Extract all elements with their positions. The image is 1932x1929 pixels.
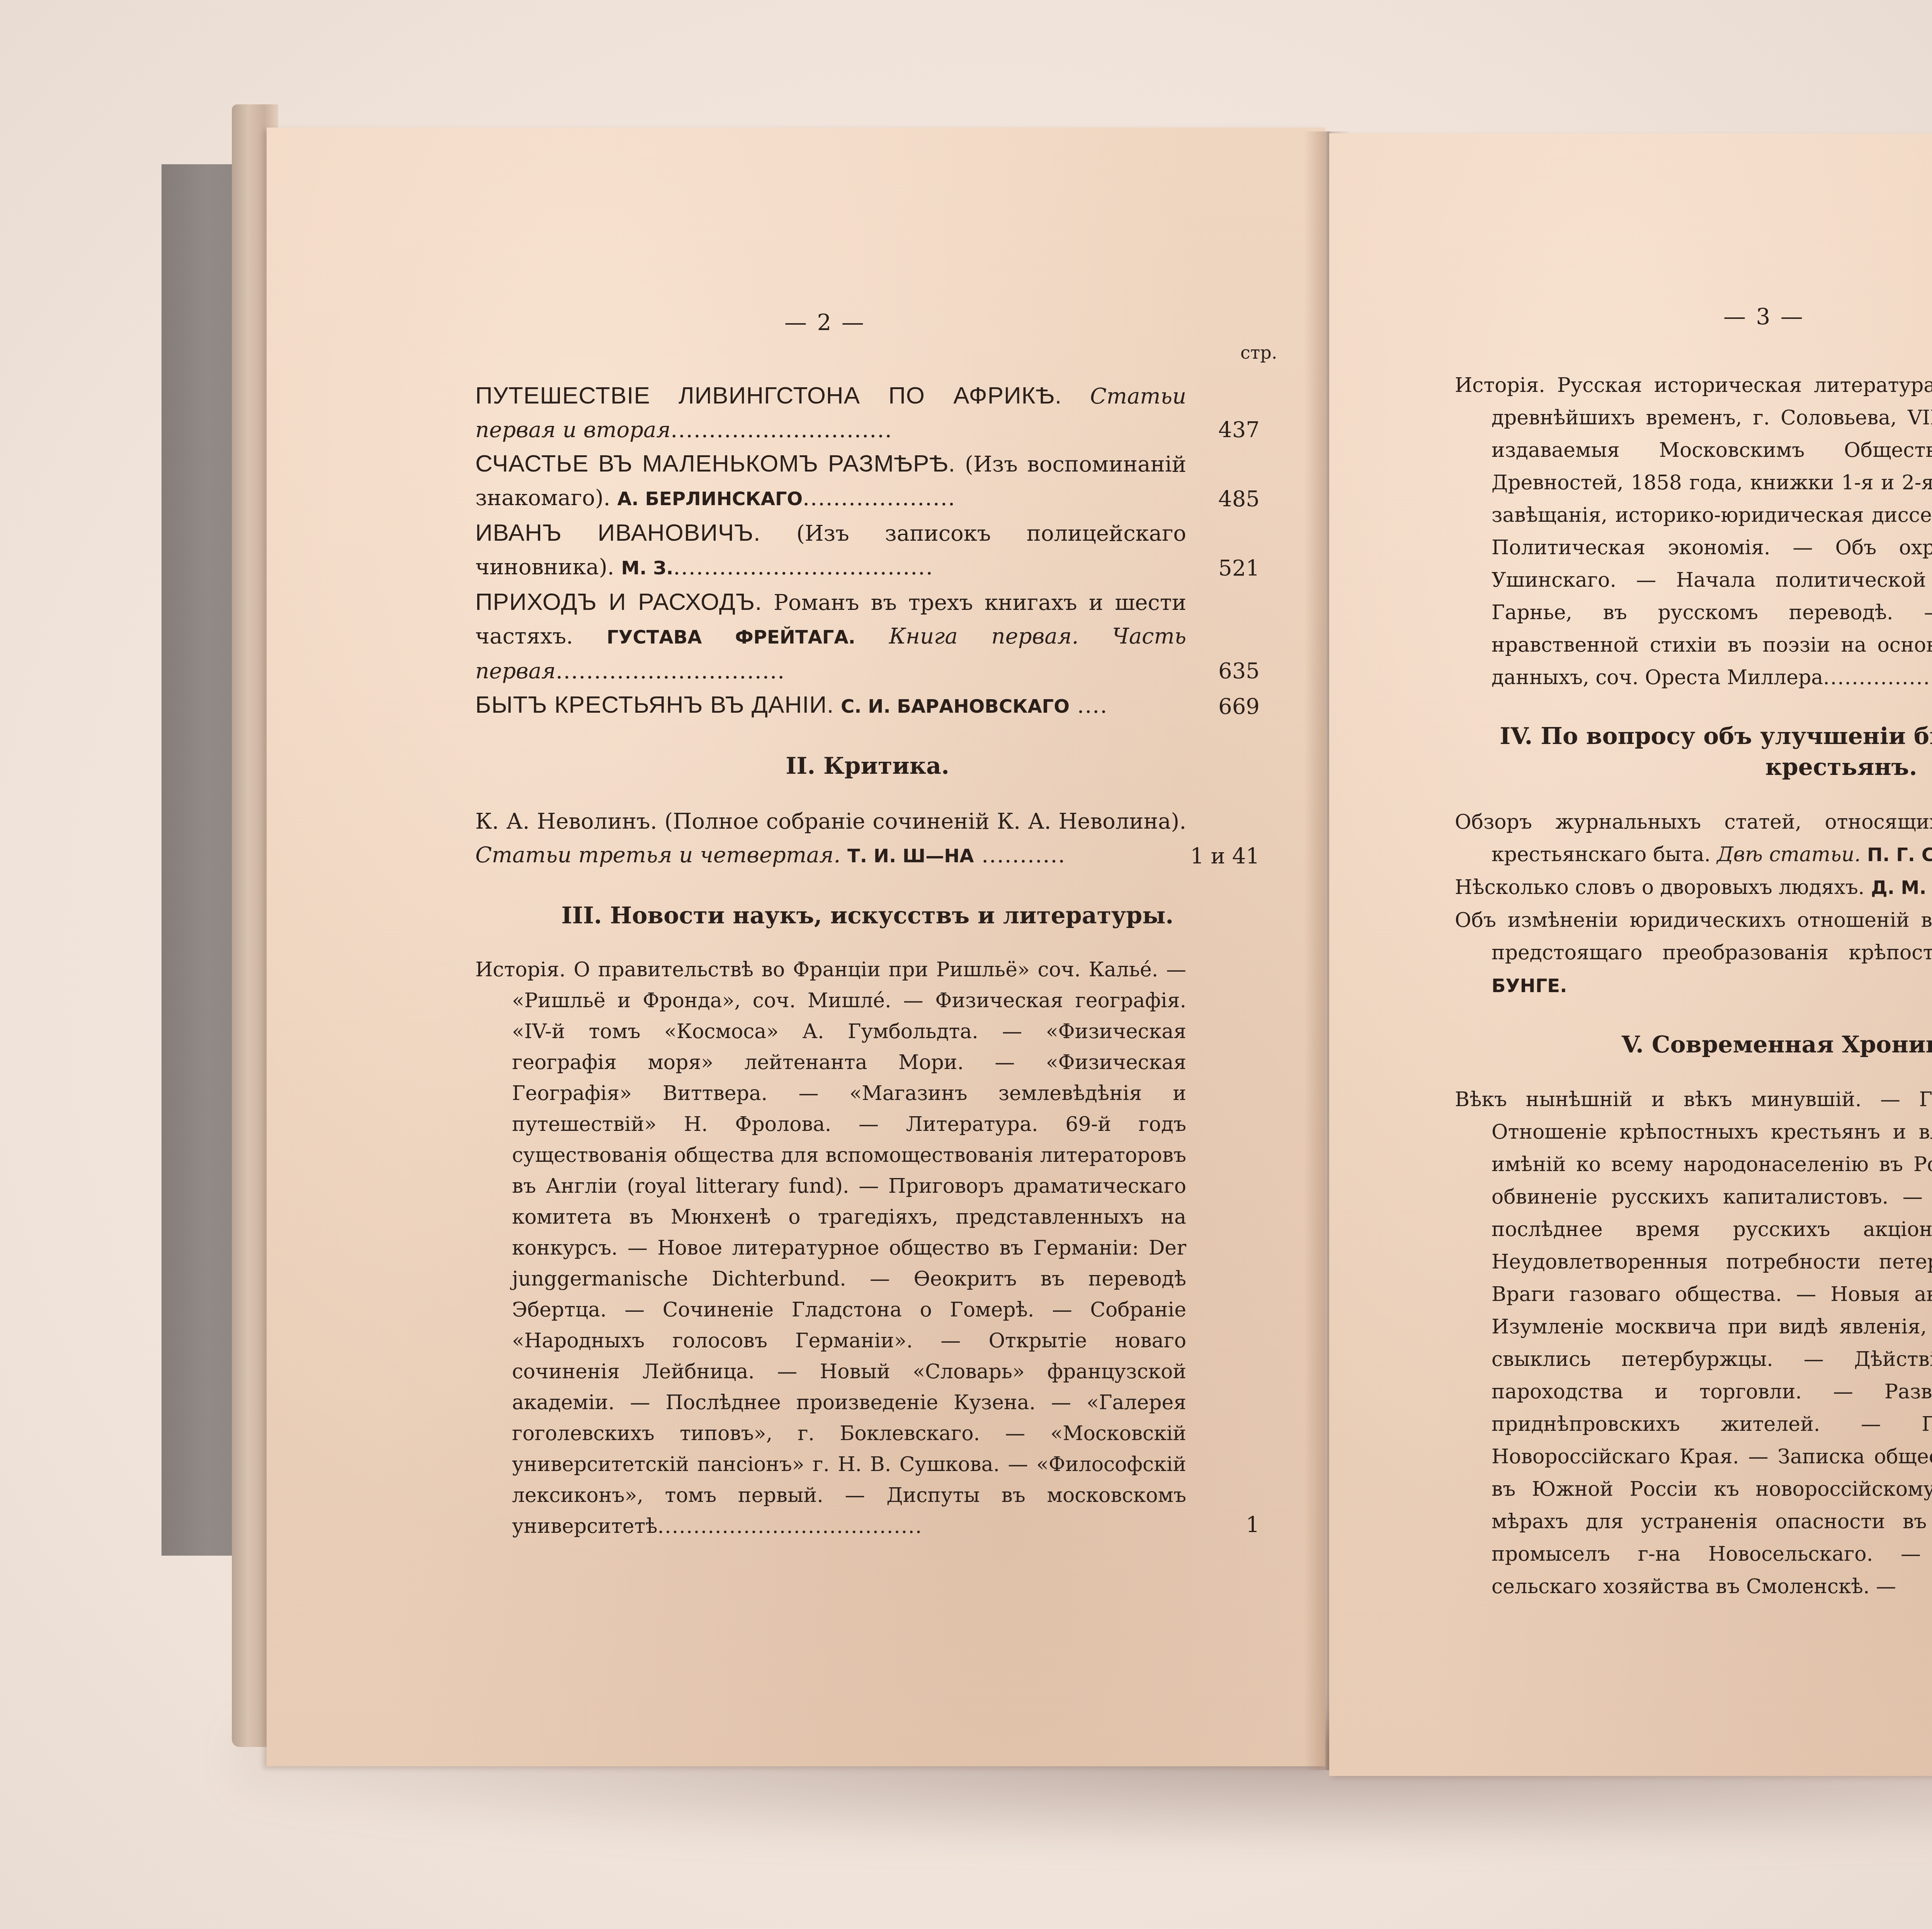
- page-column-label: стр.: [1240, 342, 1277, 363]
- toc-page-number: 437: [1218, 413, 1260, 447]
- toc-entry[interactable]: К. А. Неволинъ. (Полное собраніе сочинен…: [475, 805, 1260, 873]
- page-number: — 2 —: [784, 309, 866, 335]
- toc-page-number: 669: [1218, 690, 1260, 724]
- toc-section-1: ПУТЕШЕСТВІЕ ЛИВИНГСТОНА ПО АФРИКѢ. Стать…: [475, 379, 1260, 1542]
- toc-entry[interactable]: Исторія. Русская историческая литература…: [1455, 369, 1932, 694]
- toc-entry[interactable]: Вѣкъ нынѣшній и вѣкъ минувшій. — Губернс…: [1455, 1083, 1932, 1603]
- section-heading: III. Новости наукъ, искусствъ и литерату…: [475, 900, 1260, 931]
- toc-section-right: Исторія. Русская историческая литература…: [1455, 369, 1932, 1603]
- toc-page-number: 635: [1218, 654, 1260, 688]
- toc-entry[interactable]: ПУТЕШЕСТВІЕ ЛИВИНГСТОНА ПО АФРИКѢ. Стать…: [475, 379, 1260, 447]
- toc-page-number: 485: [1218, 482, 1260, 516]
- left-page: — 2 — стр. ПУТЕШЕСТВІЕ ЛИВИНГСТОНА ПО АФ…: [267, 128, 1325, 1766]
- toc-page-number: 1: [1246, 1508, 1260, 1542]
- toc-entry[interactable]: СЧАСТЬЕ ВЪ МАЛЕНЬКОМЪ РАЗМѢРѢ. (Изъ восп…: [475, 447, 1260, 516]
- page-number: — 3 —: [1723, 303, 1804, 330]
- toc-entry[interactable]: Нѣсколько словъ о дворовыхъ людяхъ. Д. М…: [1455, 871, 1932, 904]
- section-heading: II. Критика.: [475, 751, 1260, 781]
- section-heading: IV. По вопросу объ улучшеніи быта помѣщи…: [1455, 721, 1932, 783]
- toc-entry[interactable]: БЫТЪ КРЕСТЬЯНЪ ВЪ ДАНІИ. С. И. БАРАНОВСК…: [475, 688, 1260, 724]
- toc-entry[interactable]: ПРИХОДЪ И РАСХОДЪ. Романъ въ трехъ книга…: [475, 585, 1260, 688]
- toc-entry[interactable]: Исторія. О правительствѣ во Франціи при …: [475, 954, 1260, 1542]
- toc-page-number: 521: [1218, 552, 1260, 585]
- toc-entry[interactable]: Обзоръ журнальныхъ статей, относящихся к…: [1455, 806, 1932, 871]
- toc-entry[interactable]: ИВАНЪ ИВАНОВИЧЪ. (Изъ записокъ полицейск…: [475, 516, 1260, 585]
- toc-page-number: 1 и 41: [1190, 839, 1260, 873]
- section-heading: V. Современная Хроника Россіи.: [1455, 1029, 1932, 1060]
- right-page: — 3 — стр. Исторія. Русская историческая…: [1329, 133, 1932, 1776]
- toc-entry[interactable]: Объ измѣненіи юридическихъ отношеній въ …: [1455, 904, 1932, 1002]
